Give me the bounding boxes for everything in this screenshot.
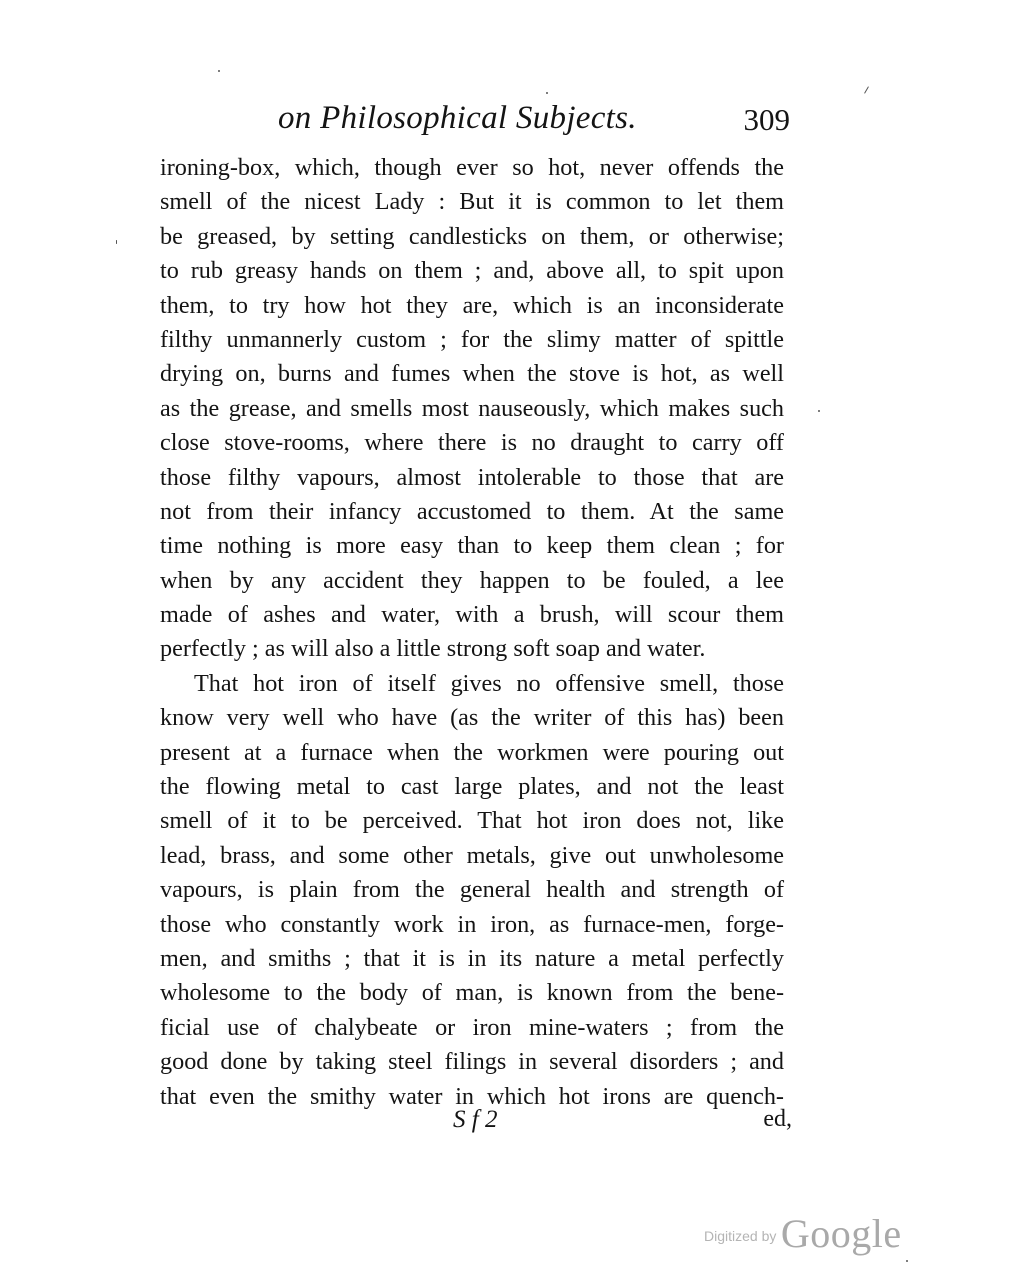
text-line: drying on, burns and fumes when the stov… xyxy=(160,357,784,391)
text-line: close stove-rooms, where there is no dra… xyxy=(160,426,784,460)
text-line: good done by taking steel filings in sev… xyxy=(160,1045,784,1079)
text-line: smell of it to be perceived. That hot ir… xyxy=(160,804,784,838)
text-line: lead, brass, and some other metals, give… xyxy=(160,839,784,873)
text-line: to rub greasy hands on them ; and, above… xyxy=(160,254,784,288)
text-line: those who constantly work in iron, as fu… xyxy=(160,908,784,942)
text-line: smell of the nicest Lady : But it is com… xyxy=(160,185,784,219)
digitized-by-google-watermark: Digitized by Google xyxy=(704,1210,902,1257)
watermark-prefix: Digitized by xyxy=(704,1228,776,1244)
running-head: on Philosophical Subjects. 309 xyxy=(160,96,800,146)
body-text: ironing-box, which, though ever so hot, … xyxy=(160,151,784,1114)
text-line: ironing-box, which, though ever so hot, … xyxy=(160,151,784,185)
text-line: know very well who have (as the writer o… xyxy=(160,701,784,735)
scan-speck xyxy=(864,86,869,93)
scan-speck xyxy=(818,410,820,412)
text-line: made of ashes and water, with a brush, w… xyxy=(160,598,784,632)
scan-speck xyxy=(546,92,548,94)
text-line: those filthy vapours, almost intolerable… xyxy=(160,461,784,495)
scanned-book-page: on Philosophical Subjects. 309 ironing-b… xyxy=(0,0,1014,1282)
text-line: be greased, by setting candlesticks on t… xyxy=(160,220,784,254)
page-number: 309 xyxy=(744,102,791,138)
text-line: time nothing is more easy than to keep t… xyxy=(160,529,784,563)
text-line: as the grease, and smells most nauseousl… xyxy=(160,392,784,426)
scan-speck xyxy=(116,240,117,244)
text-line: wholesome to the body of man, is known f… xyxy=(160,976,784,1010)
page-footer: S f 2 ed, xyxy=(160,1106,792,1140)
text-line: ficial use of chalybeate or iron mine-wa… xyxy=(160,1011,784,1045)
text-line: men, and smiths ; that it is in its natu… xyxy=(160,942,784,976)
text-line: the flowing metal to cast large plates, … xyxy=(160,770,784,804)
text-line: vapours, is plain from the general healt… xyxy=(160,873,784,907)
catchword: ed, xyxy=(763,1106,792,1133)
text-line: when by any accident they happen to be f… xyxy=(160,564,784,598)
google-logo-text: Google xyxy=(781,1211,902,1256)
scan-speck xyxy=(906,1260,908,1262)
scan-speck xyxy=(218,70,220,72)
signature-mark: S f 2 xyxy=(453,1106,497,1134)
paragraph-end-line: perfectly ; as will also a little strong… xyxy=(160,632,784,666)
text-line: them, to try how hot they are, which is … xyxy=(160,289,784,323)
text-line: not from their infancy accustomed to the… xyxy=(160,495,784,529)
paragraph-start-line: That hot iron of itself gives no offensi… xyxy=(160,667,784,701)
text-line: filthy unmannerly custom ; for the slimy… xyxy=(160,323,784,357)
text-line: present at a furnace when the workmen we… xyxy=(160,736,784,770)
running-title: on Philosophical Subjects. xyxy=(278,100,637,137)
